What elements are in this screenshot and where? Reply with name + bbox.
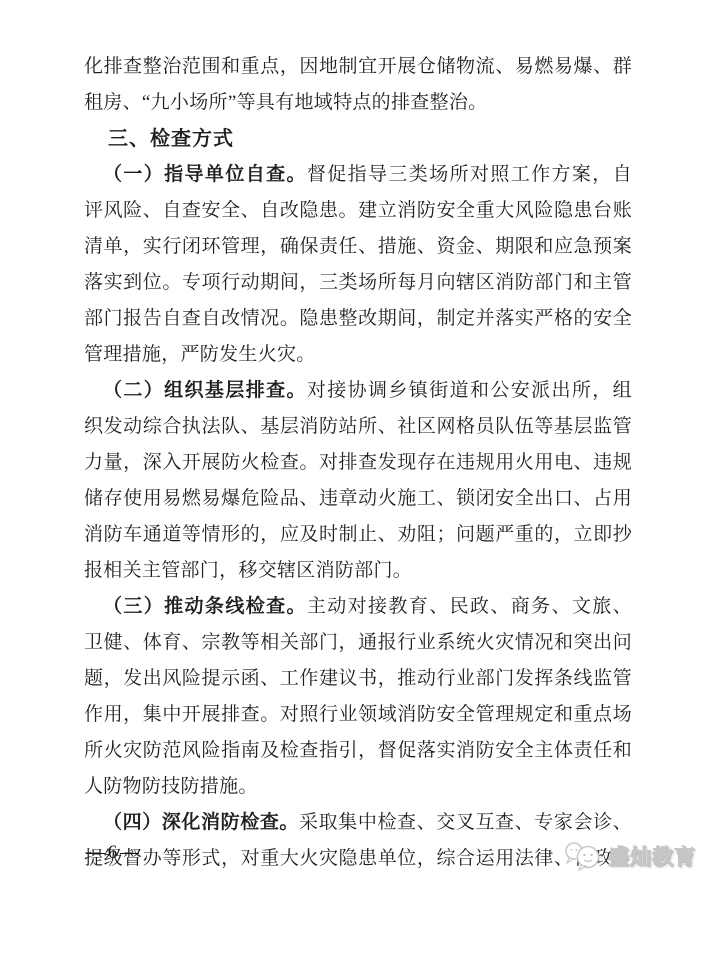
watermark: 盛灿教育 xyxy=(563,840,696,872)
text-line: 落实到位。专项行动期间，三类场所每月向辖区消防部门和主管 xyxy=(84,265,632,301)
page-footer: — 6 — 盛灿教育 xyxy=(0,896,712,956)
text-run: 提级督办等形式，对重大火灾隐患单位，综合运用法律、行政、 xyxy=(84,848,632,869)
text-run: 人防物防技防措施。 xyxy=(84,776,258,797)
text-run: 力量，深入开展防火检查。对排查发现存在违规用火用电、违规 xyxy=(84,452,632,473)
text-line: 租房、“九小场所”等具有地域特点的排查整治。 xyxy=(84,85,632,121)
text-run: 所火灾防范风险指南及检查指引，督促落实消防安全主体责任和 xyxy=(84,740,632,761)
bold-text-run: （二）组织基层排查。 xyxy=(103,380,307,401)
text-line: （四）深化消防检查。采取集中检查、交叉互查、专家会诊、 xyxy=(84,805,632,841)
text-run: 部门报告自查自改情况。隐患整改期间，制定并落实严格的安全 xyxy=(84,308,632,329)
text-run: 采取集中检查、交叉互查、专家会诊、 xyxy=(299,812,632,833)
document-text: 化排查整治范围和重点，因地制宜开展仓储物流、易燃易爆、群租房、“九小场所”等具有… xyxy=(84,49,632,877)
text-run: 报相关主管部门，移交辖区消防部门。 xyxy=(84,560,412,581)
bold-text-run: 三、检查方式 xyxy=(108,128,234,150)
text-run: 租房、“九小场所”等具有地域特点的排查整治。 xyxy=(84,92,487,113)
text-run: 督促指导三类场所对照工作方案，自 xyxy=(307,164,632,185)
text-line: 题，发出风险提示函、工作建议书，推动行业部门发挥条线监管 xyxy=(84,661,632,697)
text-line: 人防物防技防措施。 xyxy=(84,769,632,805)
text-line: 清单，实行闭环管理，确保责任、措施、资金、期限和应急预案 xyxy=(84,229,632,265)
text-line: （一）指导单位自查。督促指导三类场所对照工作方案，自 xyxy=(84,157,632,193)
text-line: 作用，集中开展排查。对照行业领域消防安全管理规定和重点场 xyxy=(84,697,632,733)
bold-text-run: （三）推动条线检查。 xyxy=(103,596,307,617)
text-line: 储存使用易燃易爆危险品、违章动火施工、锁闭安全出口、占用 xyxy=(84,481,632,517)
bold-text-run: （一）指导单位自查。 xyxy=(103,164,307,185)
text-line: （三）推动条线检查。主动对接教育、民政、商务、文旅、 xyxy=(84,589,632,625)
text-line: 消防车通道等情形的，应及时制止、劝阻；问题严重的，立即抄 xyxy=(84,517,632,553)
text-line: 提级督办等形式，对重大火灾隐患单位，综合运用法律、行政、 xyxy=(84,841,632,877)
text-line: 管理措施，严防发生火灾。 xyxy=(84,337,632,373)
text-run: 卫健、体育、宗教等相关部门，通报行业系统火灾情况和突出问 xyxy=(84,632,632,653)
text-line: 报相关主管部门，移交辖区消防部门。 xyxy=(84,553,632,589)
text-line: 织发动综合执法队、基层消防站所、社区网格员队伍等基层监管 xyxy=(84,409,632,445)
text-run: 评风险、自查安全、自改隐患。建立消防安全重大风险隐患台账 xyxy=(84,200,632,221)
text-line: 部门报告自查自改情况。隐患整改期间，制定并落实严格的安全 xyxy=(84,301,632,337)
document-page: 化排查整治范围和重点，因地制宜开展仓储物流、易燃易爆、群租房、“九小场所”等具有… xyxy=(0,0,712,956)
page-number: — 6 — xyxy=(86,842,138,864)
text-line: 卫健、体育、宗教等相关部门，通报行业系统火灾情况和突出问 xyxy=(84,625,632,661)
text-run: 主动对接教育、民政、商务、文旅、 xyxy=(307,596,632,617)
text-line: 评风险、自查安全、自改隐患。建立消防安全重大风险隐患台账 xyxy=(84,193,632,229)
text-line: 力量，深入开展防火检查。对排查发现存在违规用火用电、违规 xyxy=(84,445,632,481)
text-run: 落实到位。专项行动期间，三类场所每月向辖区消防部门和主管 xyxy=(84,272,632,293)
bold-text-run: （四）深化消防检查。 xyxy=(103,812,299,833)
text-run: 对接协调乡镇街道和公安派出所，组 xyxy=(307,380,632,401)
text-line: 化排查整治范围和重点，因地制宜开展仓储物流、易燃易爆、群 xyxy=(84,49,632,85)
text-line: 所火灾防范风险指南及检查指引，督促落实消防安全主体责任和 xyxy=(84,733,632,769)
text-run: 作用，集中开展排查。对照行业领域消防安全管理规定和重点场 xyxy=(84,704,632,725)
text-run: 清单，实行闭环管理，确保责任、措施、资金、期限和应急预案 xyxy=(84,236,632,257)
text-run: 题，发出风险提示函、工作建议书，推动行业部门发挥条线监管 xyxy=(84,668,632,689)
chat-bubbles-icon xyxy=(563,840,603,872)
text-run: 织发动综合执法队、基层消防站所、社区网格员队伍等基层监管 xyxy=(84,416,632,437)
text-run: 消防车通道等情形的，应及时制止、劝阻；问题严重的，立即抄 xyxy=(84,524,632,545)
text-line: （二）组织基层排查。对接协调乡镇街道和公安派出所，组 xyxy=(84,373,632,409)
text-run: 储存使用易燃易爆危险品、违章动火施工、锁闭安全出口、占用 xyxy=(84,488,632,509)
text-run: 管理措施，严防发生火灾。 xyxy=(84,344,316,365)
watermark-text: 盛灿教育 xyxy=(608,841,696,871)
text-run: 化排查整治范围和重点，因地制宜开展仓储物流、易燃易爆、群 xyxy=(84,56,632,77)
section-heading: 三、检查方式 xyxy=(84,121,632,157)
